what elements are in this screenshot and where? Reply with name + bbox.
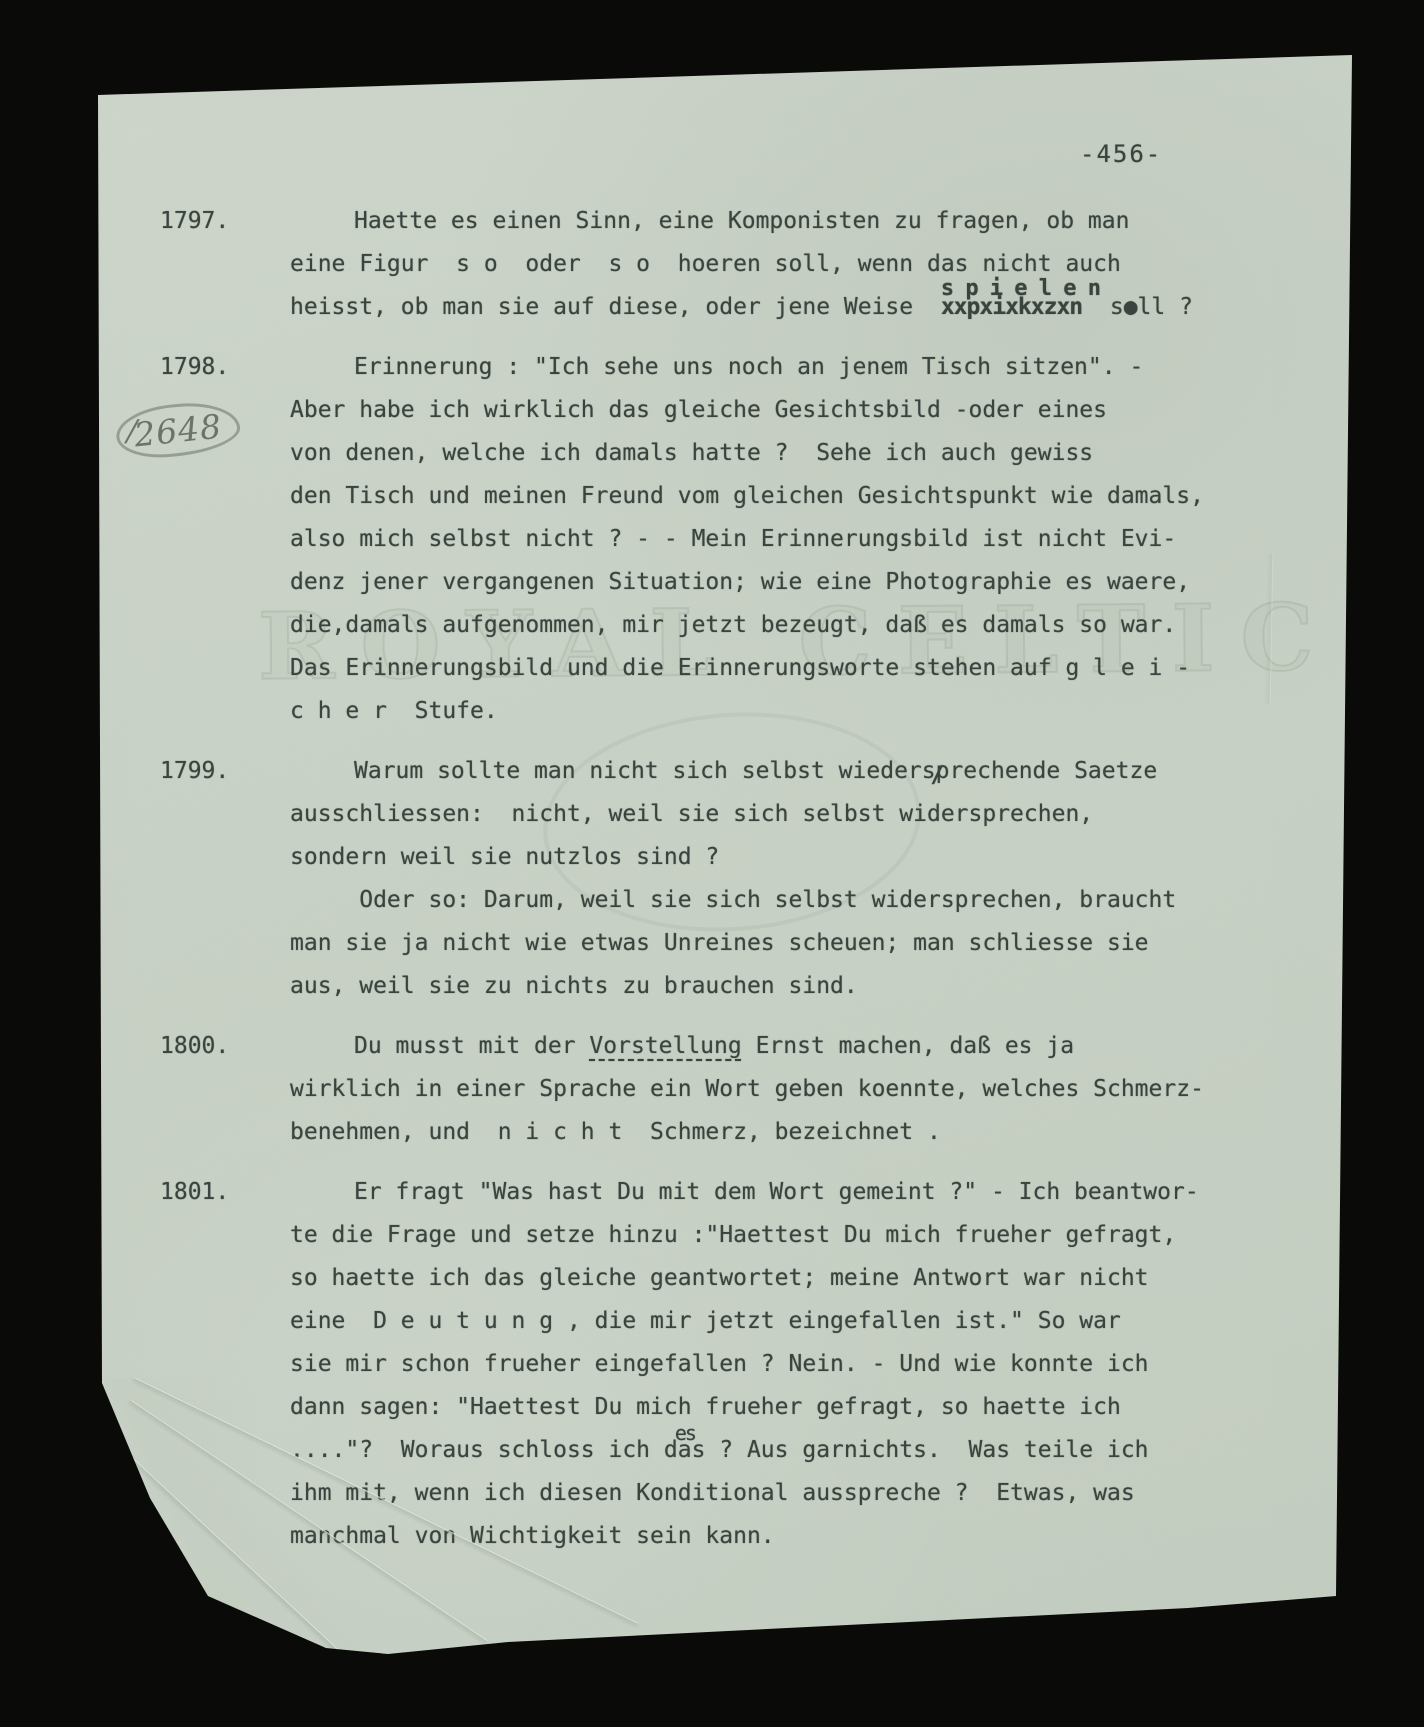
paragraph: 1797.Haette es einen Sinn, eine Komponis… <box>160 200 1354 329</box>
text-line: Erinnerung : "Ich sehe uns noch an jenem… <box>290 346 1354 389</box>
text-line: den Tisch und meinen Freund vom gleichen… <box>290 475 1354 518</box>
text-line: Das Erinnerungsbild und die Erinnerungsw… <box>290 647 1354 690</box>
paragraph-number: 1800. <box>160 1025 290 1154</box>
paragraph-number: 1799. <box>160 750 290 1008</box>
paragraph: 1801.Er fragt "Was hast Du mit dem Wort … <box>160 1171 1354 1558</box>
text-line: ...."? Woraus schloss ich dases ? Aus ga… <box>290 1429 1354 1472</box>
text-line: benehmen, und n i c h t Schmerz, bezeich… <box>290 1111 1354 1154</box>
text-line: denz jener vergangenen Situation; wie ei… <box>290 561 1354 604</box>
typed-segment: e <box>866 758 880 784</box>
paragraph-number: 1797. <box>160 200 290 329</box>
text-line: die,damals aufgenommen, mir jetzt bezeug… <box>290 604 1354 647</box>
paragraph-text: Warum sollte man nicht sich selbst wiede… <box>290 750 1354 1008</box>
text-line: sondern weil sie nutzlos sind ? <box>290 836 1354 879</box>
paragraph-text: Erinnerung : "Ich sehe uns noch an jenem… <box>290 346 1354 733</box>
text-line: ihm mit, wenn ich diesen Konditional aus… <box>290 1472 1354 1515</box>
text-line: wirklich in einer Sprache ein Wort geben… <box>290 1068 1354 1111</box>
text-line: Haette es einen Sinn, eine Komponisten z… <box>290 200 1354 243</box>
interline-insertion: s p i e l e n <box>941 267 1100 310</box>
typed-segment: Vorstellung <box>589 1033 741 1059</box>
text-line: Du musst mit der Vorstellung Ernst mache… <box>290 1025 1354 1068</box>
text-line: manchmal von Wichtigkeit sein kann. <box>290 1515 1354 1558</box>
text-line: Oder so: Darum, weil sie sich selbst wid… <box>290 879 1354 922</box>
typed-segment: dases <box>664 1437 706 1463</box>
paragraph-text: Haette es einen Sinn, eine Komponisten z… <box>290 200 1354 329</box>
text-line: man sie ja nicht wie etwas Unreines sche… <box>290 922 1354 965</box>
text-line: von denen, welche ich damals hatte ? Seh… <box>290 432 1354 475</box>
paragraph-number: 1798. <box>160 346 290 733</box>
text-line: eine D e u t u n g , die mir jetzt einge… <box>290 1300 1354 1343</box>
text-line: Aber habe ich wirklich das gleiche Gesic… <box>290 389 1354 432</box>
text-line: Warum sollte man nicht sich selbst wiede… <box>290 750 1354 793</box>
typescript-text: 1797.Haette es einen Sinn, eine Komponis… <box>88 48 1354 1575</box>
text-line: sie mir schon frueher eingefallen ? Nein… <box>290 1343 1354 1386</box>
paragraph: 1799.Warum sollte man nicht sich selbst … <box>160 750 1354 1008</box>
typed-segment: xxpxixkxzxns p i e l e n <box>941 294 1082 320</box>
text-line: so haette ich das gleiche geantwortet; m… <box>290 1257 1354 1300</box>
text-line: c h e r Stufe. <box>290 690 1354 733</box>
text-line: dann sagen: "Haettest Du mich frueher ge… <box>290 1386 1354 1429</box>
text-line: Er fragt "Was hast Du mit dem Wort gemei… <box>290 1171 1354 1214</box>
text-line: te die Frage und setze hinzu :"Haettest … <box>290 1214 1354 1257</box>
interline-insertion: es <box>675 1412 695 1455</box>
scanned-typescript-page: { "page": { "page_number": "-456-", "sta… <box>0 0 1424 1727</box>
paragraph-text: Er fragt "Was hast Du mit dem Wort gemei… <box>290 1171 1354 1558</box>
paragraph: 1798.Erinnerung : "Ich sehe uns noch an … <box>160 346 1354 733</box>
text-line: ausschliessen: nicht, weil sie sich selb… <box>290 793 1354 836</box>
text-line: aus, weil sie zu nichts zu brauchen sind… <box>290 965 1354 1008</box>
paragraph-text: Du musst mit der Vorstellung Ernst mache… <box>290 1025 1354 1154</box>
paragraph-number: 1801. <box>160 1171 290 1558</box>
document-page: ROYAL CELTIC -456- ∕ 2648 1797.Haette es… <box>88 48 1354 1663</box>
paragraph: 1800.Du musst mit der Vorstellung Ernst … <box>160 1025 1354 1154</box>
text-line: heisst, ob man sie auf diese, oder jene … <box>290 286 1354 329</box>
text-line: also mich selbst nicht ? - - Mein Erinne… <box>290 518 1354 561</box>
text-line: eine Figur s o oder s o hoeren soll, wen… <box>290 243 1354 286</box>
